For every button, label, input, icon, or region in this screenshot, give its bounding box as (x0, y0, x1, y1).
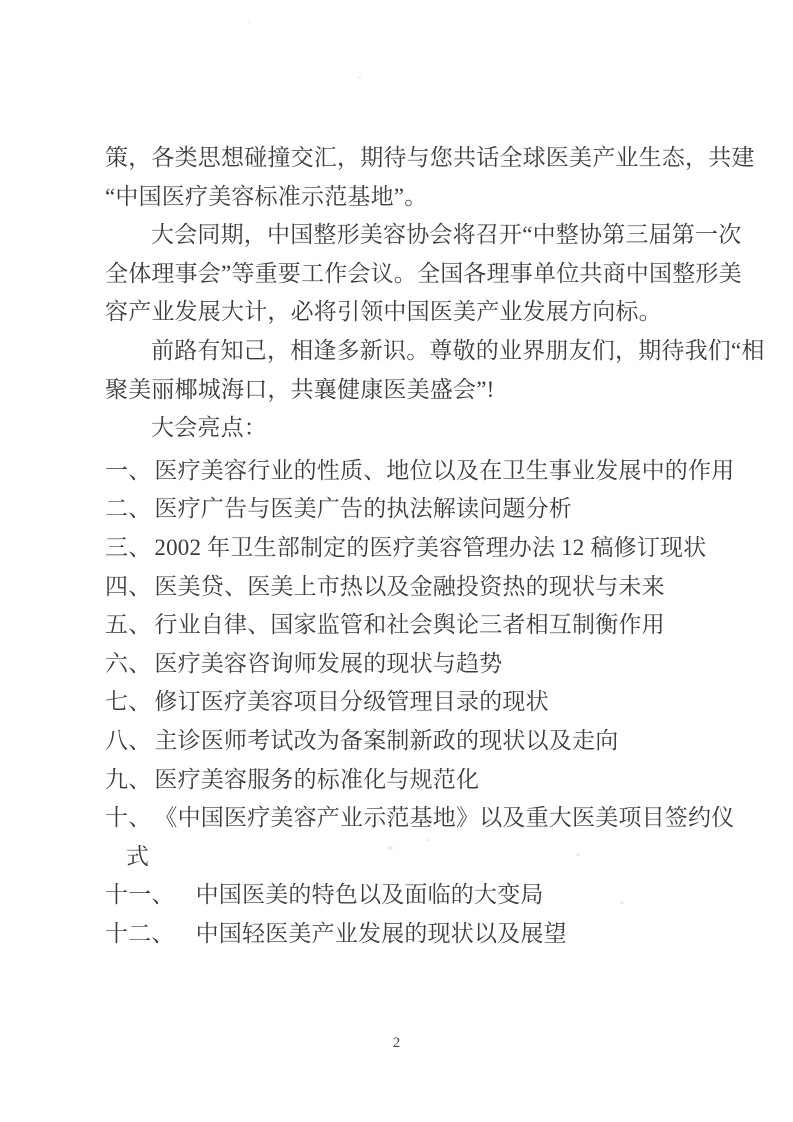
scan-artifact (576, 853, 580, 856)
document-page: 策，各类思想碰撞交汇，期待与您共话全球医美产业生态，共建 “中国医疗美容标准示范… (0, 0, 793, 1122)
list-item-number: 九、 (105, 761, 151, 800)
list-item-continuation: 式 (105, 838, 717, 877)
list-item: 二、 医疗广告与医美广告的执法解读问题分析 (105, 490, 717, 529)
list-item: 六、 医疗美容咨询师发展的现状与趋势 (105, 645, 717, 684)
list-item-text: 2002 年卫生部制定的医疗美容管理办法 12 稿修订现状 (154, 529, 706, 568)
list-item: 一、 医疗美容行业的性质、地位以及在卫生事业发展中的作用 (105, 452, 717, 491)
page-number: 2 (0, 1032, 793, 1054)
paragraph-line: 容产业发展大计，必将引领中国医美产业发展方向标。 (105, 293, 717, 332)
paragraph-line: 策，各类思想碰撞交汇，期待与您共话全球医美产业生态，共建 (105, 139, 717, 178)
list-item-text: 修订医疗美容项目分级管理目录的现状 (154, 683, 548, 722)
list-item: 十二、 中国轻医美产业发展的现状以及展望 (105, 915, 717, 954)
list-item-number: 七、 (105, 683, 151, 722)
list-item-text: 医美贷、医美上市热以及金融投资热的现状与未来 (154, 568, 664, 607)
list-item-text: 中国医美的特色以及面临的大变局 (196, 876, 544, 915)
list-item-text: 行业自律、国家监管和社会舆论三者相互制衡作用 (154, 606, 664, 645)
list-item-number: 八、 (105, 722, 151, 761)
paragraph-line: “中国医疗美容标准示范基地”。 (105, 178, 717, 217)
list-item-number: 十二、 (105, 915, 175, 954)
paragraph-line: 全体理事会”等重要工作会议。全国各理事单位共商中国整形美 (105, 255, 717, 294)
list-item-text: 式 (126, 838, 149, 877)
highlights-list: 一、 医疗美容行业的性质、地位以及在卫生事业发展中的作用 二、 医疗广告与医美广… (105, 452, 717, 954)
scan-artifact (358, 76, 361, 79)
list-item: 五、 行业自律、国家监管和社会舆论三者相互制衡作用 (105, 606, 717, 645)
paragraph-line: 前路有知己，相逢多新识。尊敬的业界朋友们，期待我们“相 (105, 332, 717, 371)
list-item-number: 五、 (105, 606, 151, 645)
list-item: 十、 《中国医疗美容产业示范基地》以及重大医美项目签约仪 (105, 799, 717, 838)
list-item-text: 《中国医疗美容产业示范基地》以及重大医美项目签约仪 (154, 799, 734, 838)
list-item-number: 十一、 (105, 876, 175, 915)
list-item-text: 主诊医师考试改为备案制新政的现状以及走向 (154, 722, 618, 761)
list-item-number: 二、 (105, 490, 151, 529)
list-item-text: 医疗美容服务的标准化与规范化 (154, 761, 479, 800)
list-item-number: 三、 (105, 529, 151, 568)
page-content: 策，各类思想碰撞交汇，期待与您共话全球医美产业生态，共建 “中国医疗美容标准示范… (105, 139, 717, 953)
list-item-text: 中国轻医美产业发展的现状以及展望 (196, 915, 567, 954)
list-item-text: 医疗美容行业的性质、地位以及在卫生事业发展中的作用 (154, 452, 734, 491)
list-item: 三、 2002 年卫生部制定的医疗美容管理办法 12 稿修订现状 (105, 529, 717, 568)
list-item-text: 医疗广告与医美广告的执法解读问题分析 (154, 490, 572, 529)
list-item: 八、 主诊医师考试改为备案制新政的现状以及走向 (105, 722, 717, 761)
list-item-number: 六、 (105, 645, 151, 684)
highlights-heading: 大会亮点： (105, 409, 717, 448)
scan-artifact (620, 901, 624, 904)
list-item-number: 一、 (105, 452, 151, 491)
list-item: 十一、 中国医美的特色以及面临的大变局 (105, 876, 717, 915)
scan-artifact (388, 846, 393, 850)
list-item-number: 十、 (105, 799, 151, 838)
scan-artifact (426, 839, 429, 842)
list-item-number: 四、 (105, 568, 151, 607)
list-item: 七、 修订医疗美容项目分级管理目录的现状 (105, 683, 717, 722)
paragraph-line: 聚美丽椰城海口，共襄健康医美盛会”! (105, 371, 717, 410)
list-item: 九、 医疗美容服务的标准化与规范化 (105, 761, 717, 800)
list-item: 四、 医美贷、医美上市热以及金融投资热的现状与未来 (105, 568, 717, 607)
paragraph-line: 大会同期，中国整形美容协会将召开“中整协第三届第一次 (105, 216, 717, 255)
list-item-text: 医疗美容咨询师发展的现状与趋势 (154, 645, 502, 684)
scan-artifact (248, 21, 251, 24)
